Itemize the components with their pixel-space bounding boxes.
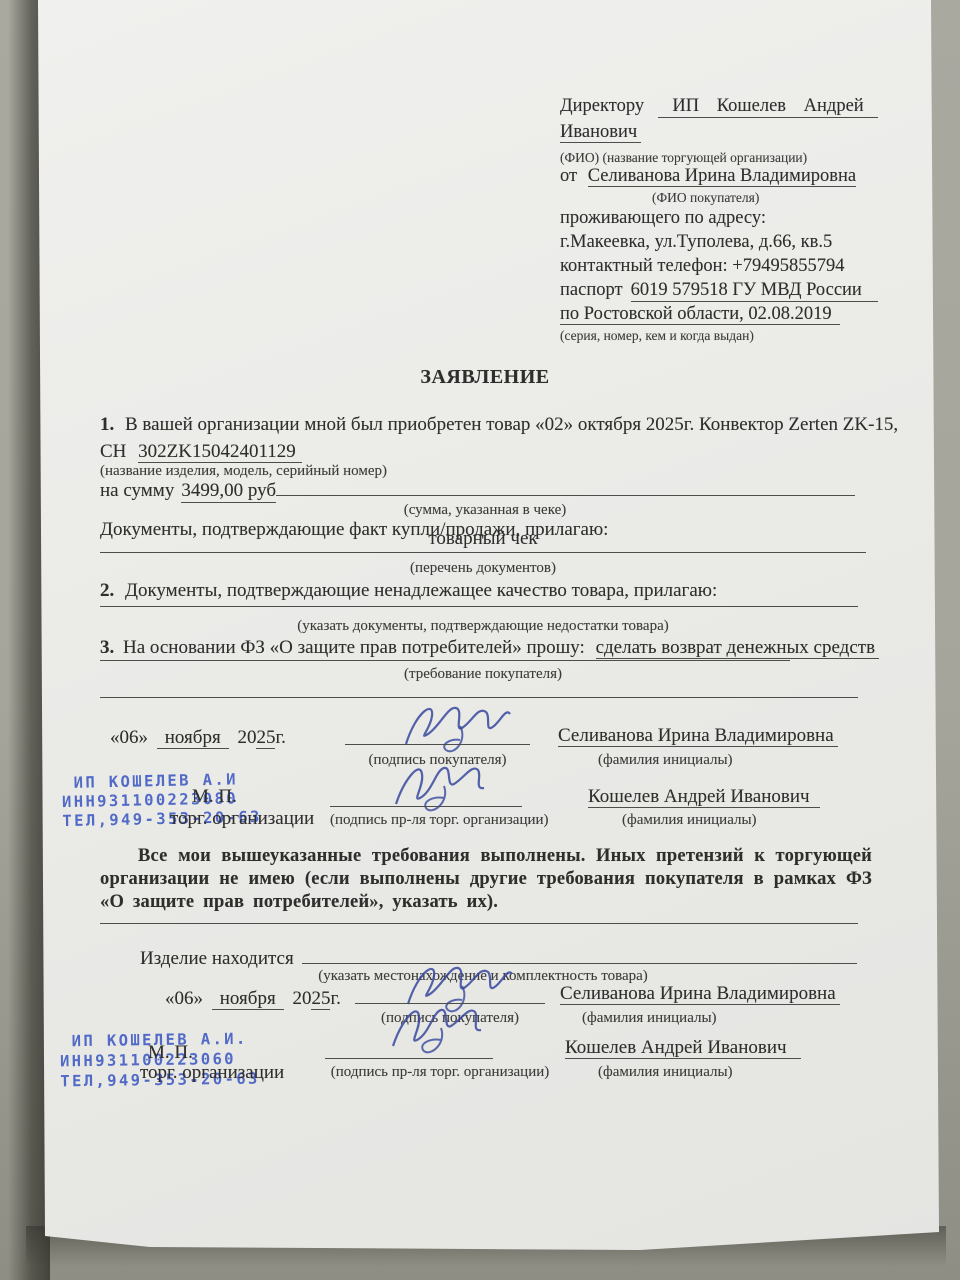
from-name: Селиванова Ирина Владимировна: [588, 166, 856, 187]
buyer-name-1: Селиванова Ирина Владимировна: [558, 725, 838, 747]
mp-label-1: М. П.: [192, 786, 237, 808]
seller-name-caption-1: (фамилия инициалы): [622, 812, 757, 829]
mp-label-2: М. П.: [148, 1042, 193, 1064]
sum-label: на сумму: [100, 480, 174, 502]
caption-org: (ФИО) (название торгующей организации): [560, 150, 807, 166]
from-line: от Селиванова Ирина Владимировна: [560, 166, 856, 187]
section1-line1: 1. В вашей организации мной был приобрет…: [100, 414, 898, 436]
seller-sign-line-2: [325, 1040, 493, 1059]
docs-value-line: товарный чек: [100, 528, 866, 553]
mp-label2-1: торг. организации: [170, 808, 314, 830]
caption-sum: (сумма, указанная в чеке): [100, 502, 870, 519]
seller-sign-line-1: [330, 788, 522, 807]
buyer-sign-line-1: [345, 726, 530, 745]
caption-item: (название изделия, модель, серийный номе…: [100, 463, 387, 480]
section2-blank-line: [100, 588, 858, 607]
seller-name-2: Кошелев Андрей Иванович: [565, 1037, 801, 1059]
closing-blank-line: [100, 905, 858, 924]
date-line-2: «06» ноября 2025г.: [165, 988, 341, 1010]
mp-label2-2: торг. организации: [140, 1062, 284, 1084]
addressee-line: Директору ИП Кошелев Андрей: [560, 96, 878, 118]
passport-label: паспорт: [560, 280, 623, 301]
address-value: г.Макеевка, ул.Туполева, д.66, кв.5: [560, 232, 832, 253]
sum-line: на сумму 3499,00 руб: [100, 480, 855, 503]
seller-sign-caption-2: (подпись пр-ля торг. организации): [310, 1064, 570, 1081]
section1-serial-line: СН 302ZK15042401129: [100, 441, 302, 463]
sum-value: 3499,00 руб: [181, 480, 276, 503]
phone-line: контактный телефон: +79495855794: [560, 256, 844, 277]
from-label: от: [560, 166, 577, 186]
address-label: проживающего по адресу:: [560, 208, 766, 229]
serial-prefix: СН: [100, 441, 126, 462]
section3-blank-line: [100, 642, 790, 661]
addressee-label: Директору: [560, 96, 644, 117]
seller-signature-1: [388, 758, 508, 816]
section1-number: 1.: [100, 414, 114, 435]
seller-name-1: Кошелев Андрей Иванович: [588, 786, 820, 808]
section2-caption: (указать документы, подтверждающие недос…: [100, 618, 866, 635]
seller-name-caption-2: (фамилия инициалы): [598, 1064, 733, 1081]
passport-line: паспорт 6019 579518 ГУ МВД России: [560, 280, 878, 302]
closing-paragraph: Все мои вышеуказанные требования выполне…: [100, 845, 872, 914]
location-blank-line: [302, 962, 857, 964]
sum-blank-line: [276, 494, 855, 496]
seller-sign-caption-1: (подпись пр-ля торг. организации): [330, 812, 590, 829]
buyer-name-2: Селиванова Ирина Владимировна: [560, 983, 840, 1005]
passport-value: 6019 579518 ГУ МВД России: [631, 280, 878, 302]
photo-of-claim-form: Директору ИП Кошелев Андрей Иванович (ФИ…: [0, 0, 960, 1280]
serial-value: 302ZK15042401129: [138, 441, 302, 463]
buyer-name-caption-1: (фамилия инициалы): [598, 752, 733, 769]
date-line-1: «06» ноября 2025г.: [110, 727, 286, 749]
addressee-names: ИП Кошелев Андрей: [658, 96, 878, 118]
page-title: ЗАЯВЛЕНИЕ: [100, 366, 870, 389]
caption-docs: (перечень документов): [100, 560, 866, 577]
caption-buyer: (ФИО покупателя): [652, 190, 759, 206]
buyer-name-caption-2: (фамилия инициалы): [582, 1010, 717, 1027]
caption-passport: (серия, номер, кем и когда выдан): [560, 328, 754, 344]
section3-blank-line2: [100, 679, 858, 698]
location-label: Изделие находится: [140, 948, 294, 970]
addressee-line2: Иванович: [560, 122, 641, 143]
passport-line2: по Ростовской области, 02.08.2019: [560, 304, 840, 325]
